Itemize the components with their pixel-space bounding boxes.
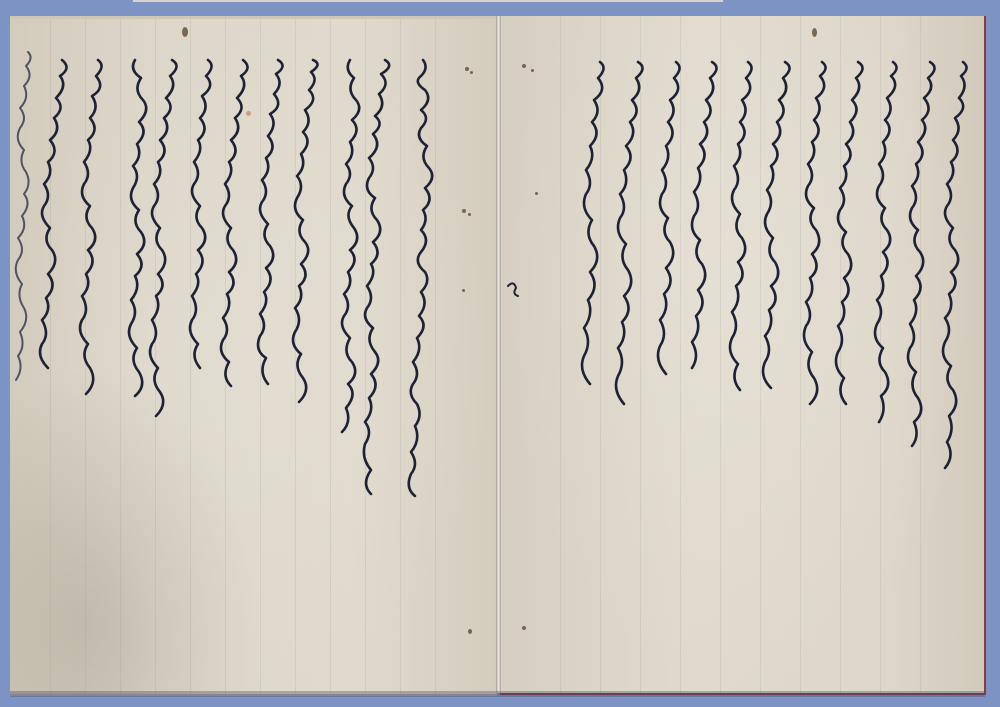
handwritten-kana-text [0, 0, 1000, 707]
page-shadow [10, 691, 985, 697]
open-manuscript-book [0, 0, 1000, 707]
